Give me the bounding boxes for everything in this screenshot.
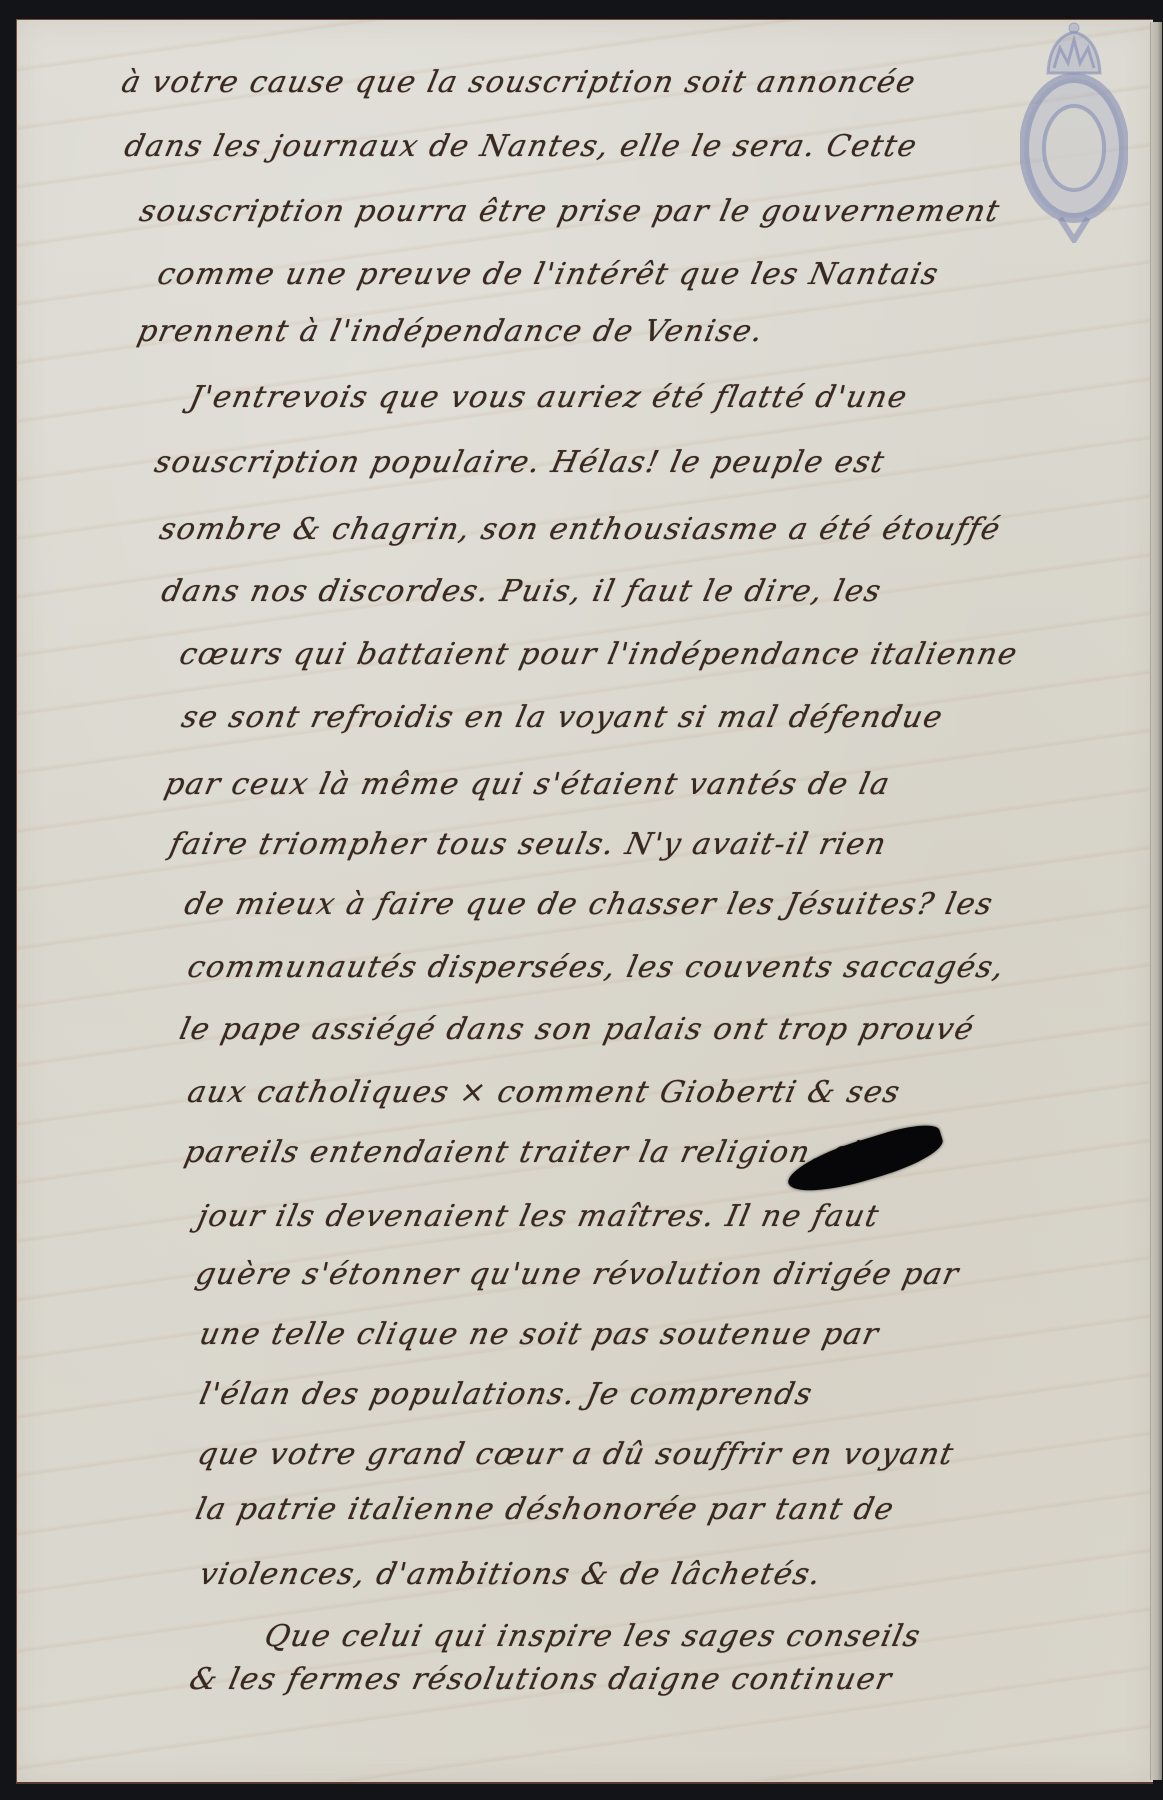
text-line-19: jour ils devenaient les maîtres. Il ne f… bbox=[195, 1202, 882, 1232]
text-line-13: faire triompher tous seuls. N'y avait-il… bbox=[167, 830, 890, 860]
text-line-4: comme une preuve de l'intérêt que les Na… bbox=[155, 260, 942, 290]
text-line-17: aux catholiques × comment Gioberti & ses bbox=[185, 1078, 904, 1108]
text-line-6: J'entrevois que vous auriez été flatté d… bbox=[187, 383, 911, 413]
text-line-23: que votre grand cœur a dû souffrir en vo… bbox=[195, 1440, 957, 1470]
text-line-12: par ceux là même qui s'étaient vantés de… bbox=[162, 770, 893, 800]
text-line-1: à votre cause que la souscription soit a… bbox=[119, 68, 919, 98]
text-line-2: dans les journaux de Nantes, elle le ser… bbox=[122, 132, 920, 162]
text-line-25: violences, d'ambitions & de lâchetés. bbox=[197, 1560, 825, 1590]
text-line-27: & les fermes résolutions daigne continue… bbox=[187, 1665, 895, 1695]
text-line-11: se sont refroidis en la voyant si mal dé… bbox=[179, 703, 946, 733]
text-line-3: souscription pourra être prise par le go… bbox=[137, 197, 1003, 227]
text-line-20: guère s'étonner qu'une révolution dirigé… bbox=[193, 1260, 962, 1290]
text-line-16: le pape assiégé dans son palais ont trop… bbox=[177, 1015, 977, 1045]
text-line-15: communautés dispersées, les couvents sac… bbox=[185, 953, 1008, 983]
text-line-10: cœurs qui battaient pour l'indépendance … bbox=[177, 640, 1021, 670]
text-line-14: de mieux à faire que de chasser les Jésu… bbox=[182, 890, 996, 920]
text-line-22: l'élan des populations. Je comprends bbox=[197, 1380, 816, 1410]
text-line-7: souscription populaire. Hélas! le peuple… bbox=[152, 448, 888, 478]
text-line-9: dans nos discordes. Puis, il faut le dir… bbox=[159, 577, 885, 607]
text-line-21: une telle clique ne soit pas soutenue pa… bbox=[197, 1320, 882, 1350]
text-line-5: prennent à l'indépendance de Venise. bbox=[135, 317, 767, 347]
text-line-26: Que celui qui inspire les sages conseils bbox=[262, 1622, 924, 1652]
text-line-24: la patrie italienne déshonorée par tant … bbox=[193, 1495, 897, 1525]
page-edge bbox=[1150, 22, 1162, 1780]
crowned-stamp-icon bbox=[1020, 18, 1128, 243]
text-line-8: sombre & chagrin, son enthousiasme a été… bbox=[157, 515, 1004, 545]
